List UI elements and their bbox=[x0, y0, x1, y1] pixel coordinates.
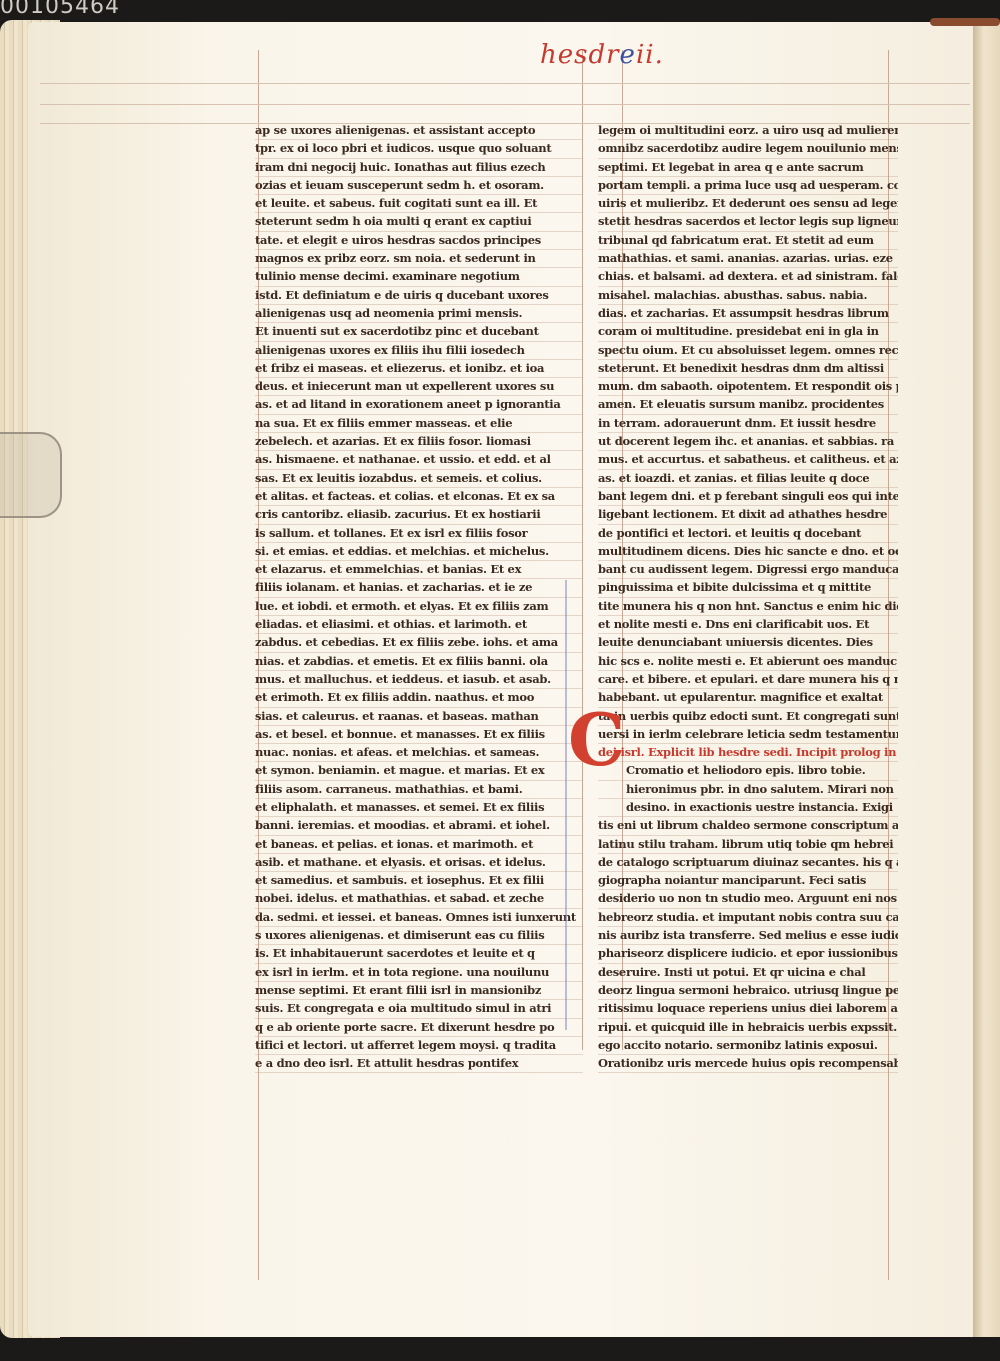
text-line: habebant. ut epularentur. magnifice et e… bbox=[598, 689, 898, 707]
text-line: hebreorz studia. et imputant nobis contr… bbox=[598, 909, 898, 927]
text-line: filiis asom. carraneus. mathathias. et b… bbox=[255, 781, 583, 799]
text-line: et samedius. et sambuis. et iosephus. Et… bbox=[255, 872, 583, 890]
running-head-numeral: ii. bbox=[636, 40, 664, 70]
decorative-flourish bbox=[565, 580, 587, 1030]
text-line: desiderio uo non tn studio meo. Arguunt … bbox=[598, 890, 898, 908]
text-line: mus. et malluchus. et ieddeus. et iasub.… bbox=[255, 671, 583, 689]
text-line: Et inuenti sut ex sacerdotibz pinc et du… bbox=[255, 323, 583, 341]
text-line: tribunal qd fabricatum erat. Et stetit a… bbox=[598, 232, 898, 250]
text-line: deseruire. Insti ut potui. Et qr uicina … bbox=[598, 964, 898, 982]
text-line: ego accito notario. sermonibz latinis ex… bbox=[598, 1037, 898, 1055]
text-line: hic scs e. nolite mesti e. Et abierunt o… bbox=[598, 653, 898, 671]
page-clip bbox=[0, 432, 62, 518]
text-line: is sallum. et tollanes. Et ex isrl ex fi… bbox=[255, 525, 583, 543]
text-line: ripui. et quicquid ille in hebraicis uer… bbox=[598, 1019, 898, 1037]
text-line: iram dni negocij huic. Ionathas aut fili… bbox=[255, 159, 583, 177]
text-line: giographa noiantur manciparunt. Feci sat… bbox=[598, 872, 898, 890]
text-line: as. hismaene. et nathanae. et ussio. et … bbox=[255, 451, 583, 469]
text-line: phariseorz displicere iudicio. et epor i… bbox=[598, 945, 898, 963]
text-line: tis eni ut librum chaldeo sermone conscr… bbox=[598, 817, 898, 835]
text-line: ligebant lectionem. Et dixit ad athathes… bbox=[598, 506, 898, 524]
text-line: uersi in ierlm celebrare leticia sedm te… bbox=[598, 726, 898, 744]
text-line: si. et emias. et eddias. et melchias. et… bbox=[255, 543, 583, 561]
text-line: asib. et mathane. et elyasis. et orisas.… bbox=[255, 854, 583, 872]
text-line: tite munera his q non hnt. Sanctus e eni… bbox=[598, 598, 898, 616]
text-line: care. et bibere. et epulari. et dare mun… bbox=[598, 671, 898, 689]
text-line: latinu stilu traham. librum utiq tobie q… bbox=[598, 836, 898, 854]
text-line: uiris et mulieribz. Et dederunt oes sens… bbox=[598, 195, 898, 213]
right-text-column: legem oi multitudini eorz. a uiro usq ad… bbox=[598, 122, 898, 1073]
text-line: as. et ioazdi. et zanias. et filias leui… bbox=[598, 470, 898, 488]
text-line: desino. in exactionis uestre instancia. … bbox=[598, 799, 898, 817]
text-line: q e ab oriente porte sacre. Et dixerunt … bbox=[255, 1019, 583, 1037]
text-line: sas. Et ex leuitis iozabdus. et semeis. … bbox=[255, 470, 583, 488]
text-line: tpr. ex oi loco pbri et iudicos. usque q… bbox=[255, 140, 583, 158]
text-line: omnibz sacerdotibz audire legem nouiluni… bbox=[598, 140, 898, 158]
text-line: steterunt sedm h oia multi q erant ex ca… bbox=[255, 213, 583, 231]
text-line: et baneas. et pelias. et ionas. et marim… bbox=[255, 836, 583, 854]
text-line: spectu oium. Et cu absoluisset legem. om… bbox=[598, 342, 898, 360]
binding-edge bbox=[930, 18, 1000, 26]
text-line: tulinio mense decimi. examinare negotium bbox=[255, 268, 583, 286]
text-line: bant legem dni. et p ferebant singuli eo… bbox=[598, 488, 898, 506]
text-line: banni. ieremias. et moodias. et abrami. … bbox=[255, 817, 583, 835]
text-line: ap se uxores alienigenas. et assistant a… bbox=[255, 122, 583, 140]
text-line: ex isrl in ierlm. et in tota regione. un… bbox=[255, 964, 583, 982]
text-line: tifici et lectori. ut afferret legem moy… bbox=[255, 1037, 583, 1055]
text-line: Orationibz uris mercede huius opis recom… bbox=[598, 1055, 898, 1073]
text-line: coram oi multitudine. presidebat eni in … bbox=[598, 323, 898, 341]
right-page-edge bbox=[973, 22, 1000, 1337]
text-line: et elazarus. et emmelchias. et banias. E… bbox=[255, 561, 583, 579]
text-line: ozias et ieuam susceperunt sedm h. et os… bbox=[255, 177, 583, 195]
text-line: bant cu audissent legem. Digressi ergo m… bbox=[598, 561, 898, 579]
text-line: dei isrl. Explicit lib hesdre sedi. Inci… bbox=[598, 744, 898, 762]
text-line: amen. Et eleuatis sursum manibz. procide… bbox=[598, 396, 898, 414]
text-line: et leuite. et sabeus. fuit cogitati sunt… bbox=[255, 195, 583, 213]
ruling-horizontal bbox=[40, 83, 970, 84]
text-line: is. Et inhabitauerunt sacerdotes et leui… bbox=[255, 945, 583, 963]
text-line: dias. et zacharias. Et assumpsit hesdras… bbox=[598, 305, 898, 323]
text-line: cris cantoribz. eliasib. zacurius. Et ex… bbox=[255, 506, 583, 524]
text-line: pinguissima et bibite dulcissima et q mi… bbox=[598, 579, 898, 597]
left-text-column: ap se uxores alienigenas. et assistant a… bbox=[255, 122, 583, 1073]
running-head-red: hesdr bbox=[540, 40, 620, 70]
text-line: magnos ex pribz eorz. sm noia. et sederu… bbox=[255, 250, 583, 268]
text-line: et alitas. et facteas. et colias. et elc… bbox=[255, 488, 583, 506]
text-line: in terram. adorauerunt dnm. Et iussit he… bbox=[598, 415, 898, 433]
text-line: septimi. Et legebat in area q e ante sac… bbox=[598, 159, 898, 177]
text-line: na sua. Et ex filiis emmer masseas. et e… bbox=[255, 415, 583, 433]
text-line: s uxores alienigenas. et dimiserunt eas … bbox=[255, 927, 583, 945]
text-line: zebelech. et azarias. Et ex filiis fosor… bbox=[255, 433, 583, 451]
text-line: steterunt. Et benedixit hesdras dnm dm a… bbox=[598, 360, 898, 378]
text-line: multitudinem dicens. Dies hic sancte e d… bbox=[598, 543, 898, 561]
decorated-initial: C bbox=[568, 705, 618, 775]
text-line: de catalogo scriptuarum diuinaz secantes… bbox=[598, 854, 898, 872]
text-line: mus. et accurtus. et sabatheus. et calit… bbox=[598, 451, 898, 469]
text-line: misahel. malachias. abusthas. sabus. nab… bbox=[598, 287, 898, 305]
text-line: mathathias. et sami. ananias. azarias. u… bbox=[598, 250, 898, 268]
text-line: et erimoth. Et ex filiis addin. naathus.… bbox=[255, 689, 583, 707]
text-line: alienigenas uxores ex filiis ihu filii i… bbox=[255, 342, 583, 360]
text-line: Cromatio et heliodoro epis. libro tobie. bbox=[598, 762, 898, 780]
text-line: as. et besel. et bonnue. et manasses. Et… bbox=[255, 726, 583, 744]
text-line: lue. et iobdi. et ermoth. et elyas. Et e… bbox=[255, 598, 583, 616]
running-head-blue: e bbox=[620, 40, 636, 70]
text-line: ritissimu loquace reperiens unius diei l… bbox=[598, 1000, 898, 1018]
text-line: as. et ad litand in exorationem aneet p … bbox=[255, 396, 583, 414]
image-id-label: 00105464 bbox=[0, 0, 120, 19]
text-line: deorz lingua sermoni hebraico. utriusq l… bbox=[598, 982, 898, 1000]
text-line: et symon. beniamin. et mague. et marias.… bbox=[255, 762, 583, 780]
text-line: chias. et balsami. ad dextera. et ad sin… bbox=[598, 268, 898, 286]
text-line: de pontifici et lectori. et leuitis q do… bbox=[598, 525, 898, 543]
text-line: leuite denunciabant uniuersis dicentes. … bbox=[598, 634, 898, 652]
text-line: ta in uerbis quibz edocti sunt. Et congr… bbox=[598, 708, 898, 726]
text-line: et fribz ei maseas. et eliezerus. et ion… bbox=[255, 360, 583, 378]
ruling-horizontal bbox=[40, 104, 970, 105]
running-head: hesdreii. bbox=[540, 40, 664, 70]
text-line: nobei. idelus. et mathathias. et sabad. … bbox=[255, 890, 583, 908]
text-line: deus. et iniecerunt man ut expellerent u… bbox=[255, 378, 583, 396]
text-line: eliadas. et eliasimi. et othias. et lari… bbox=[255, 616, 583, 634]
text-line: mum. dm sabaoth. oipotentem. Et respondi… bbox=[598, 378, 898, 396]
text-line: et eliphalath. et manasses. et semei. Et… bbox=[255, 799, 583, 817]
text-line: zabdus. et cebedias. Et ex filiis zebe. … bbox=[255, 634, 583, 652]
text-line: portam templi. a prima luce usq ad uespe… bbox=[598, 177, 898, 195]
text-line: legem oi multitudini eorz. a uiro usq ad… bbox=[598, 122, 898, 140]
text-line: nis auribz ista transferre. Sed melius e… bbox=[598, 927, 898, 945]
text-line: hieronimus pbr. in dno salutem. Mirari n… bbox=[598, 781, 898, 799]
text-line: ut docerent legem ihc. et ananias. et sa… bbox=[598, 433, 898, 451]
text-line: alienigenas usq ad neomenia primi mensis… bbox=[255, 305, 583, 323]
text-line: nuac. nonias. et afeas. et melchias. et … bbox=[255, 744, 583, 762]
text-line: istd. Et definiatum e de uiris q duceban… bbox=[255, 287, 583, 305]
text-line: sias. et caleurus. et raanas. et baseas.… bbox=[255, 708, 583, 726]
text-line: stetit hesdras sacerdos et lector legis … bbox=[598, 213, 898, 231]
text-line: da. sedmi. et iessei. et baneas. Omnes i… bbox=[255, 909, 583, 927]
text-line: suis. Et congregata e oia multitudo simu… bbox=[255, 1000, 583, 1018]
text-line: tate. et elegit e uiros hesdras sacdos p… bbox=[255, 232, 583, 250]
text-line: nias. et zabdias. et emetis. Et ex filii… bbox=[255, 653, 583, 671]
text-line: e a dno deo isrl. Et attulit hesdras pon… bbox=[255, 1055, 583, 1073]
text-line: mense septimi. Et erant filii isrl in ma… bbox=[255, 982, 583, 1000]
text-line: filiis iolanam. et hanias. et zacharias.… bbox=[255, 579, 583, 597]
text-line: et nolite mesti e. Dns eni clarificabit … bbox=[598, 616, 898, 634]
